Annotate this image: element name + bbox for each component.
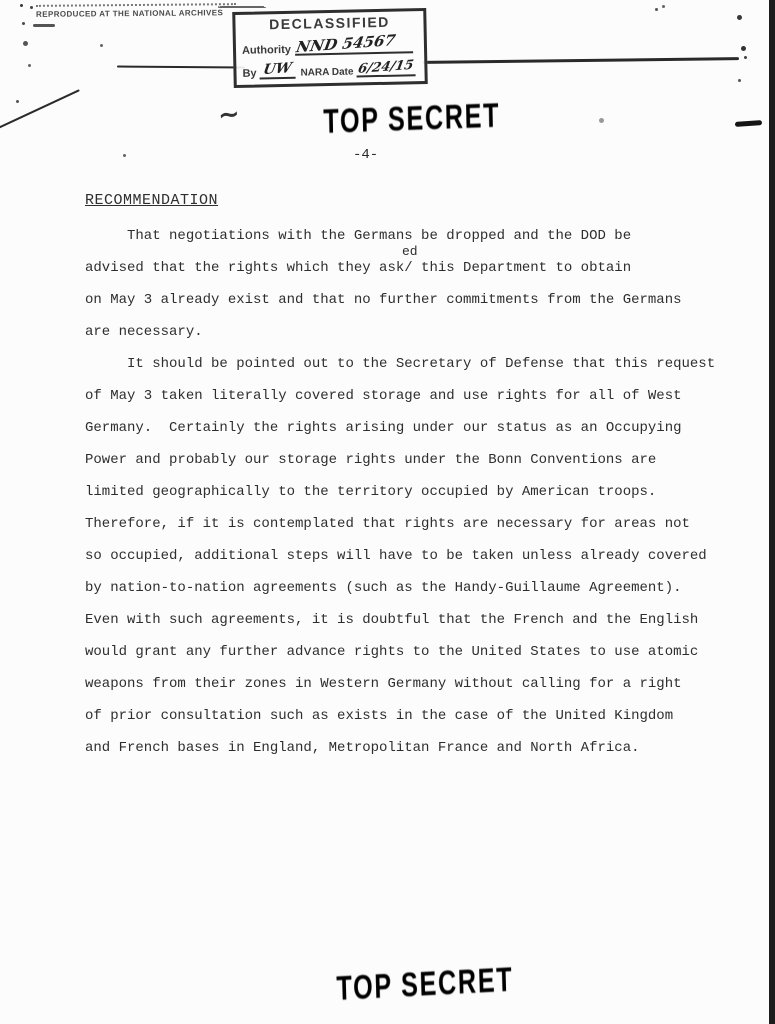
authority-value-underline: NND 54567 xyxy=(295,33,413,55)
page-number: -4- xyxy=(353,147,378,163)
pen-scratch-diagonal xyxy=(0,89,80,130)
ink-dash-right xyxy=(735,120,762,127)
body-line: and French bases in England, Metropolita… xyxy=(85,740,735,772)
nara-date-label: NARA Date xyxy=(300,67,353,79)
declassified-title: DECLASSIFIED xyxy=(241,13,417,33)
nara-date-underline: 6/24/15 xyxy=(356,58,415,77)
ink-dash-topleft xyxy=(33,24,55,27)
top-secret-stamp-bottom: TOP SECRET xyxy=(336,961,514,1009)
body-line: would grant any further advance rights t… xyxy=(85,644,735,676)
nara-date-handwriting: 6/24/15 xyxy=(357,58,415,77)
archive-reproduction-note: REPRODUCED AT THE NATIONAL ARCHIVES xyxy=(36,3,236,19)
body-line: by nation-to-nation agreements (such as … xyxy=(85,580,735,612)
scan-specks xyxy=(20,4,23,7)
declassified-stamp-box: DECLASSIFIED Authority NND 54567 By UW N… xyxy=(232,8,428,88)
body-line: so occupied, additional steps will have … xyxy=(85,548,735,580)
document-body: RECOMMENDATION ed That negotiations with… xyxy=(85,192,735,772)
recommendation-heading: RECOMMENDATION xyxy=(85,192,735,228)
scan-edge-strip xyxy=(769,0,775,1024)
pen-squiggle: ~ xyxy=(216,99,241,131)
body-line: Therefore, if it is contemplated that ri… xyxy=(85,516,735,548)
scanned-document-page: { "page": { "archive_note": "REPRODUCED … xyxy=(0,0,775,1024)
body-line: Germany. Certainly the rights arising un… xyxy=(85,420,735,452)
pen-line-right xyxy=(423,57,739,64)
authority-row: Authority NND 54567 xyxy=(242,33,418,57)
body-line: advised that the rights which they ask/ … xyxy=(85,260,735,292)
body-line: on May 3 already exist and that no furth… xyxy=(85,292,735,324)
body-line: are necessary. xyxy=(85,324,735,356)
body-line: weapons from their zones in Western Germ… xyxy=(85,676,735,708)
pen-line-left xyxy=(117,66,245,69)
body-line: of prior consultation such as exists in … xyxy=(85,708,735,740)
by-initials-handwriting: UW xyxy=(262,60,293,78)
typed-correction-insert: ed xyxy=(402,244,418,259)
authority-value-handwriting: NND 54567 xyxy=(295,31,397,56)
top-secret-stamp-top: TOP SECRET xyxy=(323,97,501,142)
body-line: It should be pointed out to the Secretar… xyxy=(85,356,735,388)
body-line: Even with such agreements, it is doubtfu… xyxy=(85,612,735,644)
body-line: Power and probably our storage rights un… xyxy=(85,452,735,484)
by-initials-underline: UW xyxy=(259,60,295,80)
by-label: By xyxy=(242,68,256,80)
body-line: limited geographically to the territory … xyxy=(85,484,735,516)
body-line: of May 3 taken literally covered storage… xyxy=(85,388,735,420)
by-date-row: By UW NARA Date 6/24/15 xyxy=(242,57,418,80)
authority-label: Authority xyxy=(242,44,291,57)
